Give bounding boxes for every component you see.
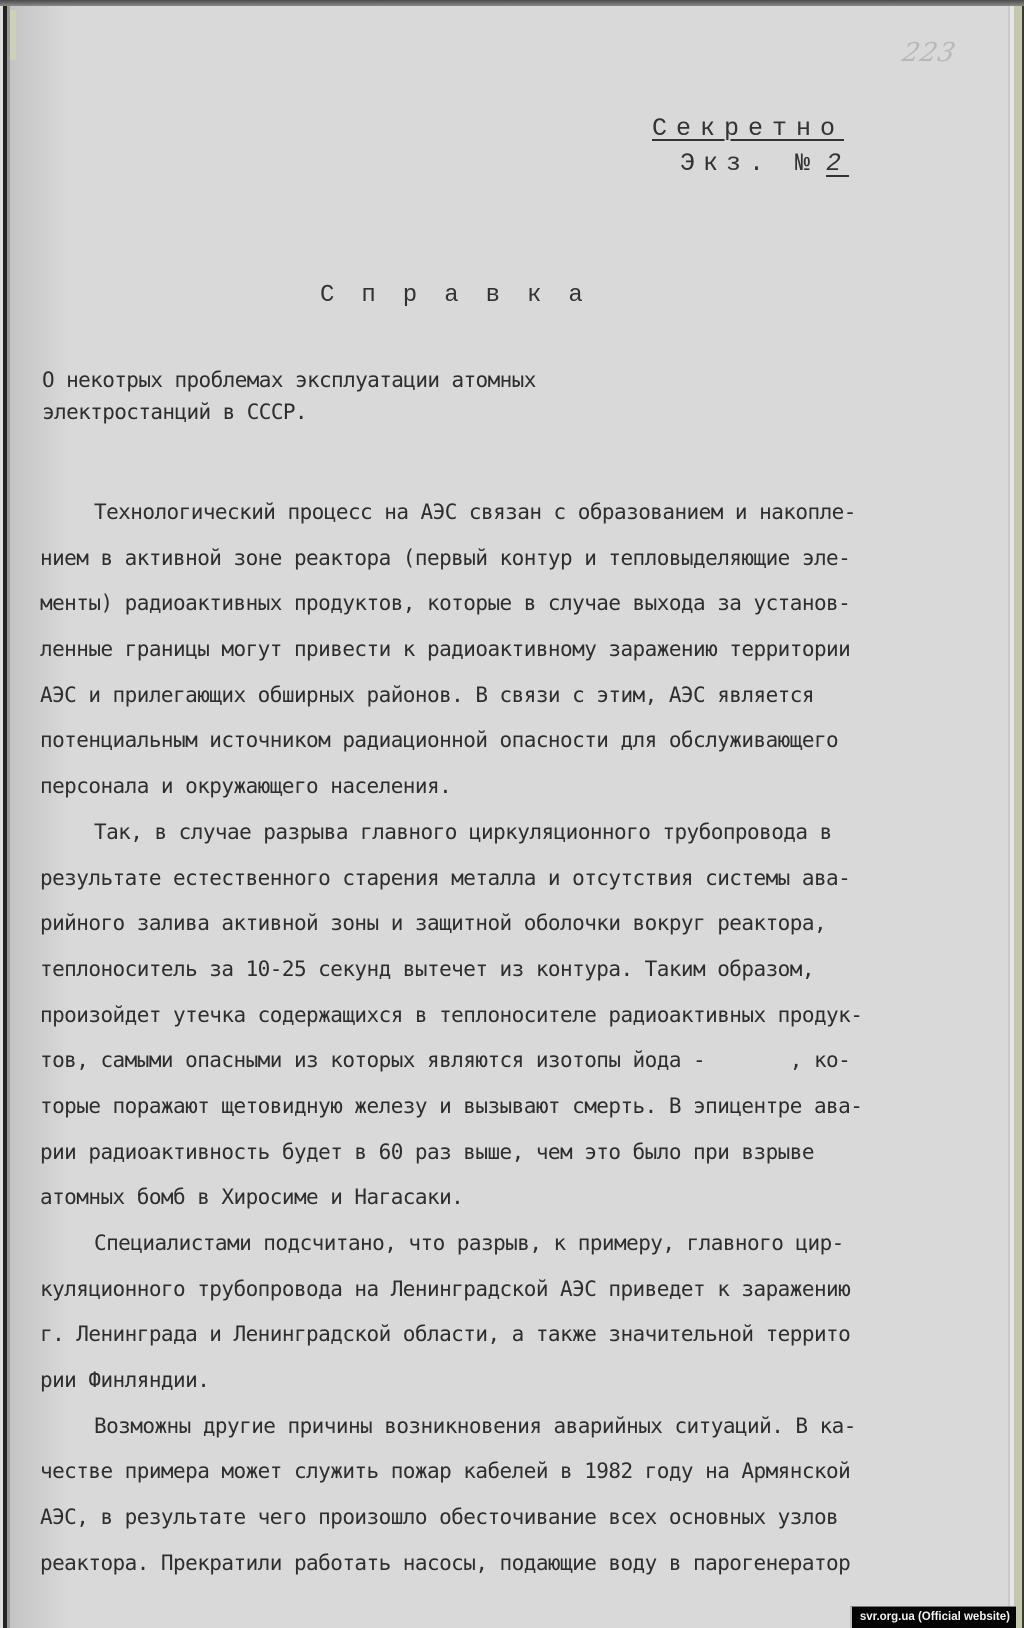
body-line: торые поражают щетовидную железу и вызыв… <box>40 1084 990 1130</box>
handwritten-page-number: 223 <box>900 38 959 68</box>
body-line: атомных бомб в Хиросиме и Нагасаки. <box>40 1175 990 1221</box>
body-line: рии радиоактивность будет в 60 раз выше,… <box>40 1130 990 1176</box>
body-line: куляционного трубопровода на Ленинградск… <box>40 1267 990 1313</box>
body-line: теплоноситель за 10-25 секунд вытечет из… <box>40 947 990 993</box>
document-page: 223 Секретно Экз. №2 Справка О некотрых … <box>0 0 1024 1628</box>
body-line: Специалистами подсчитано, что разрыв, к … <box>40 1221 990 1267</box>
subject-line: О некотрых проблемах эксплуатации атомны… <box>42 364 536 396</box>
body-line: тов, самыми опасными из которых являются… <box>40 1038 990 1084</box>
body-line: Так, в случае разрыва главного циркуляци… <box>40 810 990 856</box>
body-line: АЭС, в результате чего произошло обесточ… <box>40 1495 990 1541</box>
body-line: Технологический процесс на АЭС связан с … <box>40 490 990 536</box>
body-line: реактора. Прекратили работать насосы, по… <box>40 1541 990 1587</box>
body-line: честве примера может служить пожар кабел… <box>40 1449 990 1495</box>
classification-stamp: Секретно <box>652 114 844 143</box>
body-line: результате естественного старения металл… <box>40 856 990 902</box>
body-line: нием в активной зоне реактора (первый ко… <box>40 536 990 582</box>
body-line: персонала и окружающего населения. <box>40 764 990 810</box>
body-line: Возможны другие причины возникновения ав… <box>40 1404 990 1450</box>
body-line: рии Финляндии. <box>40 1358 990 1404</box>
body-line: менты) радиоактивных продуктов, которые … <box>40 581 990 627</box>
document-subject: О некотрых проблемах эксплуатации атомны… <box>42 364 536 428</box>
document-body: Технологический процесс на АЭС связан с … <box>40 490 990 1587</box>
body-line: рийного залива активной зоны и защитной … <box>40 901 990 947</box>
body-line: ленные границы могут привести к радиоакт… <box>40 627 990 673</box>
document-title: Справка <box>320 282 610 309</box>
source-watermark: svr.org.ua (Official website) <box>850 1606 1016 1628</box>
copy-label: Экз. № <box>680 149 818 178</box>
body-line: произойдет утечка содержащихся в теплоно… <box>40 993 990 1039</box>
subject-line: электростанций в СССР. <box>42 396 536 428</box>
copy-number: 2 <box>818 149 857 178</box>
copy-number-line: Экз. №2 <box>680 149 857 178</box>
body-line: АЭС и прилегающих обширных районов. В св… <box>40 673 990 719</box>
body-line: г. Ленинграда и Ленинградской области, а… <box>40 1312 990 1358</box>
body-line: потенциальным источником радиационной оп… <box>40 718 990 764</box>
